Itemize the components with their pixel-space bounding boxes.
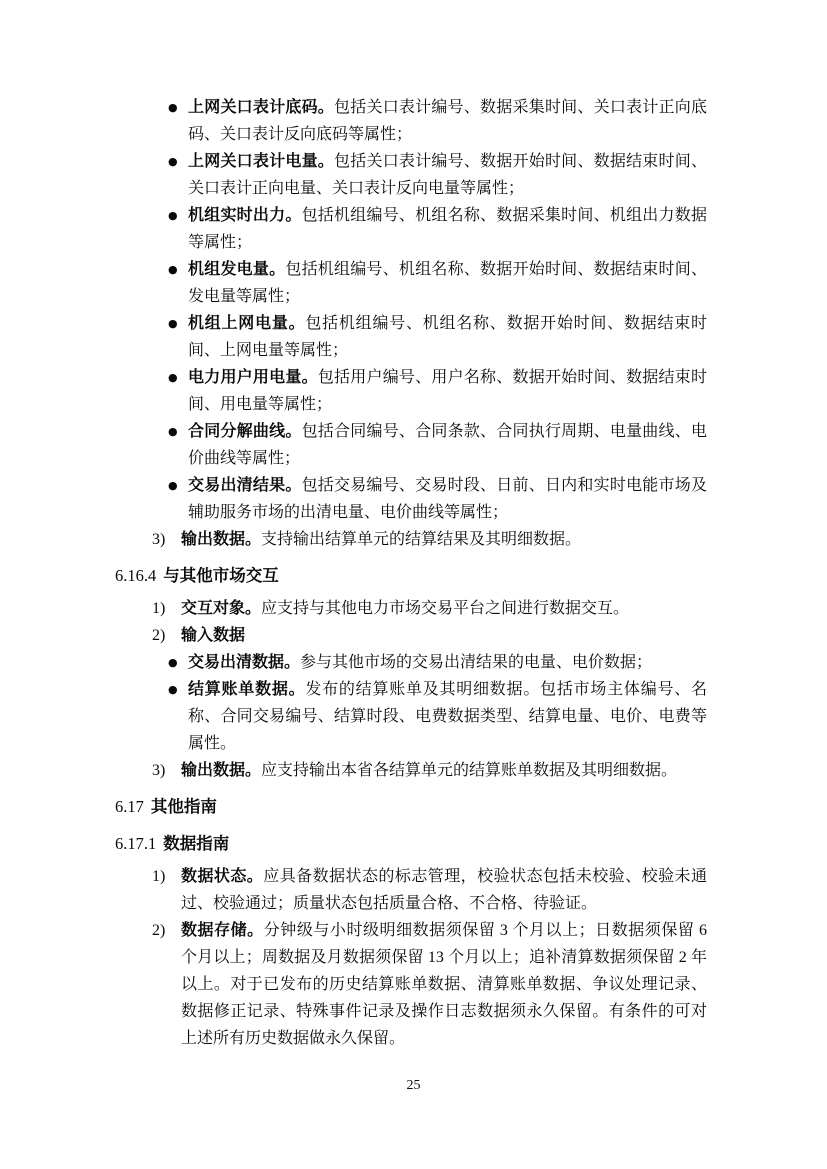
list-number: 1) <box>152 595 165 622</box>
list-item: ● 机组发电量。包括机组编号、机组名称、数据开始时间、数据结束时间、发电量等属性… <box>115 256 707 310</box>
list-item: 2) 数据存储。分钟级与小时级明细数据须保留 3 个月以上；日数据须保留 6 个… <box>115 917 707 1052</box>
section-number: 6.16.4 <box>115 566 156 585</box>
list-item: 1) 数据状态。应具备数据状态的标志管理，校验状态包括未校验、校验未通过、校验通… <box>115 863 707 917</box>
term-label: 结算账单数据。 <box>188 681 305 698</box>
body-text: 应支持输出本省各结算单元的结算账单数据及其明细数据。 <box>261 762 677 779</box>
document-body: ● 上网关口表计底码。包括关口表计编号、数据采集时间、关口表计正向底码、关口表计… <box>115 94 707 1052</box>
bullet-icon: ● <box>168 364 178 391</box>
paragraph: 上网关口表计电量。包括关口表计编号、数据开始时间、数据结束时间、关口表计正向电量… <box>188 148 707 202</box>
bullet-icon: ● <box>168 676 178 703</box>
term-label: 输出数据。 <box>181 762 261 779</box>
list-item: 2) 输入数据 <box>115 622 707 649</box>
section-title: 与其他市场交互 <box>163 567 279 585</box>
paragraph: 交互对象。应支持与其他电力市场交易平台之间进行数据交互。 <box>181 595 707 622</box>
body-text: 支持输出结算单元的结算结果及其明细数据。 <box>261 531 581 548</box>
section-heading: 6.17.1数据指南 <box>115 830 707 858</box>
section-heading: 6.16.4与其他市场交互 <box>115 562 707 590</box>
term-label: 输入数据 <box>181 627 245 644</box>
list-number: 3) <box>152 757 165 784</box>
term-label: 数据存储。 <box>181 922 264 939</box>
paragraph: 交易出清结果。包括交易编号、交易时段、日前、日内和实时电能市场及辅助服务市场的出… <box>188 472 707 526</box>
paragraph: 数据存储。分钟级与小时级明细数据须保留 3 个月以上；日数据须保留 6 个月以上… <box>181 917 707 1052</box>
list-item: ● 交易出清数据。参与其他市场的交易出清结果的电量、电价数据； <box>115 649 707 676</box>
term-label: 输出数据。 <box>181 531 261 548</box>
body-text: 分钟级与小时级明细数据须保留 3 个月以上；日数据须保留 6 个月以上；周数据及… <box>181 922 707 1047</box>
term-label: 数据状态。 <box>181 868 263 885</box>
paragraph: 电力用户用电量。包括用户编号、用户名称、数据开始时间、数据结束时间、用电量等属性… <box>188 364 707 418</box>
section-title: 数据指南 <box>163 835 229 853</box>
list-item: ● 机组实时出力。包括机组编号、机组名称、数据采集时间、机组出力数据等属性； <box>115 202 707 256</box>
paragraph: 机组实时出力。包括机组编号、机组名称、数据采集时间、机组出力数据等属性； <box>188 202 707 256</box>
list-item: ● 上网关口表计电量。包括关口表计编号、数据开始时间、数据结束时间、关口表计正向… <box>115 148 707 202</box>
term-label: 合同分解曲线。 <box>188 423 302 440</box>
paragraph: 交易出清数据。参与其他市场的交易出清结果的电量、电价数据； <box>188 649 707 676</box>
bullet-icon: ● <box>168 148 178 175</box>
list-item: 3) 输出数据。支持输出结算单元的结算结果及其明细数据。 <box>115 526 707 553</box>
document-page: ● 上网关口表计底码。包括关口表计编号、数据采集时间、关口表计正向底码、关口表计… <box>0 0 827 1169</box>
section-title: 其他指南 <box>151 798 217 816</box>
term-label: 电力用户用电量。 <box>188 369 318 386</box>
bullet-icon: ● <box>168 310 178 337</box>
term-label: 上网关口表计电量。 <box>188 153 334 170</box>
bullet-icon: ● <box>168 649 178 676</box>
paragraph: 输入数据 <box>181 622 707 649</box>
list-item: ● 交易出清结果。包括交易编号、交易时段、日前、日内和实时电能市场及辅助服务市场… <box>115 472 707 526</box>
term-label: 机组实时出力。 <box>188 207 302 224</box>
term-label: 机组上网电量。 <box>188 315 305 332</box>
paragraph: 输出数据。支持输出结算单元的结算结果及其明细数据。 <box>181 526 707 553</box>
section-heading: 6.17其他指南 <box>115 793 707 821</box>
list-item: ● 合同分解曲线。包括合同编号、合同条款、合同执行周期、电量曲线、电价曲线等属性… <box>115 418 707 472</box>
term-label: 交易出清数据。 <box>188 654 300 671</box>
section-number: 6.17.1 <box>115 834 156 853</box>
paragraph: 数据状态。应具备数据状态的标志管理，校验状态包括未校验、校验未通过、校验通过；质… <box>181 863 707 917</box>
body-text: 应支持与其他电力市场交易平台之间进行数据交互。 <box>261 600 629 617</box>
paragraph: 机组上网电量。包括机组编号、机组名称、数据开始时间、数据结束时间、上网电量等属性… <box>188 310 707 364</box>
paragraph: 机组发电量。包括机组编号、机组名称、数据开始时间、数据结束时间、发电量等属性； <box>188 256 707 310</box>
bullet-icon: ● <box>168 256 178 283</box>
bullet-icon: ● <box>168 94 178 121</box>
list-item: ● 结算账单数据。发布的结算账单及其明细数据。包括市场主体编号、名称、合同交易编… <box>115 676 707 757</box>
paragraph: 输出数据。应支持输出本省各结算单元的结算账单数据及其明细数据。 <box>181 757 707 784</box>
paragraph: 上网关口表计底码。包括关口表计编号、数据采集时间、关口表计正向底码、关口表计反向… <box>188 94 707 148</box>
list-item: 1) 交互对象。应支持与其他电力市场交易平台之间进行数据交互。 <box>115 595 707 622</box>
section-number: 6.17 <box>115 797 144 816</box>
paragraph: 合同分解曲线。包括合同编号、合同条款、合同执行周期、电量曲线、电价曲线等属性； <box>188 418 707 472</box>
list-item: 3) 输出数据。应支持输出本省各结算单元的结算账单数据及其明细数据。 <box>115 757 707 784</box>
page-number: 25 <box>0 1078 827 1094</box>
paragraph: 结算账单数据。发布的结算账单及其明细数据。包括市场主体编号、名称、合同交易编号、… <box>188 676 707 757</box>
body-text: 参与其他市场的交易出清结果的电量、电价数据； <box>300 654 652 671</box>
list-item: ● 电力用户用电量。包括用户编号、用户名称、数据开始时间、数据结束时间、用电量等… <box>115 364 707 418</box>
list-number: 2) <box>152 917 165 944</box>
bullet-icon: ● <box>168 202 178 229</box>
term-label: 交互对象。 <box>181 600 261 617</box>
list-number: 3) <box>152 526 165 553</box>
list-item: ● 上网关口表计底码。包括关口表计编号、数据采集时间、关口表计正向底码、关口表计… <box>115 94 707 148</box>
list-number: 1) <box>152 863 165 890</box>
term-label: 机组发电量。 <box>188 261 285 278</box>
term-label: 交易出清结果。 <box>188 477 302 494</box>
list-number: 2) <box>152 622 165 649</box>
bullet-icon: ● <box>168 472 178 499</box>
bullet-icon: ● <box>168 418 178 445</box>
list-item: ● 机组上网电量。包括机组编号、机组名称、数据开始时间、数据结束时间、上网电量等… <box>115 310 707 364</box>
term-label: 上网关口表计底码。 <box>188 99 334 116</box>
